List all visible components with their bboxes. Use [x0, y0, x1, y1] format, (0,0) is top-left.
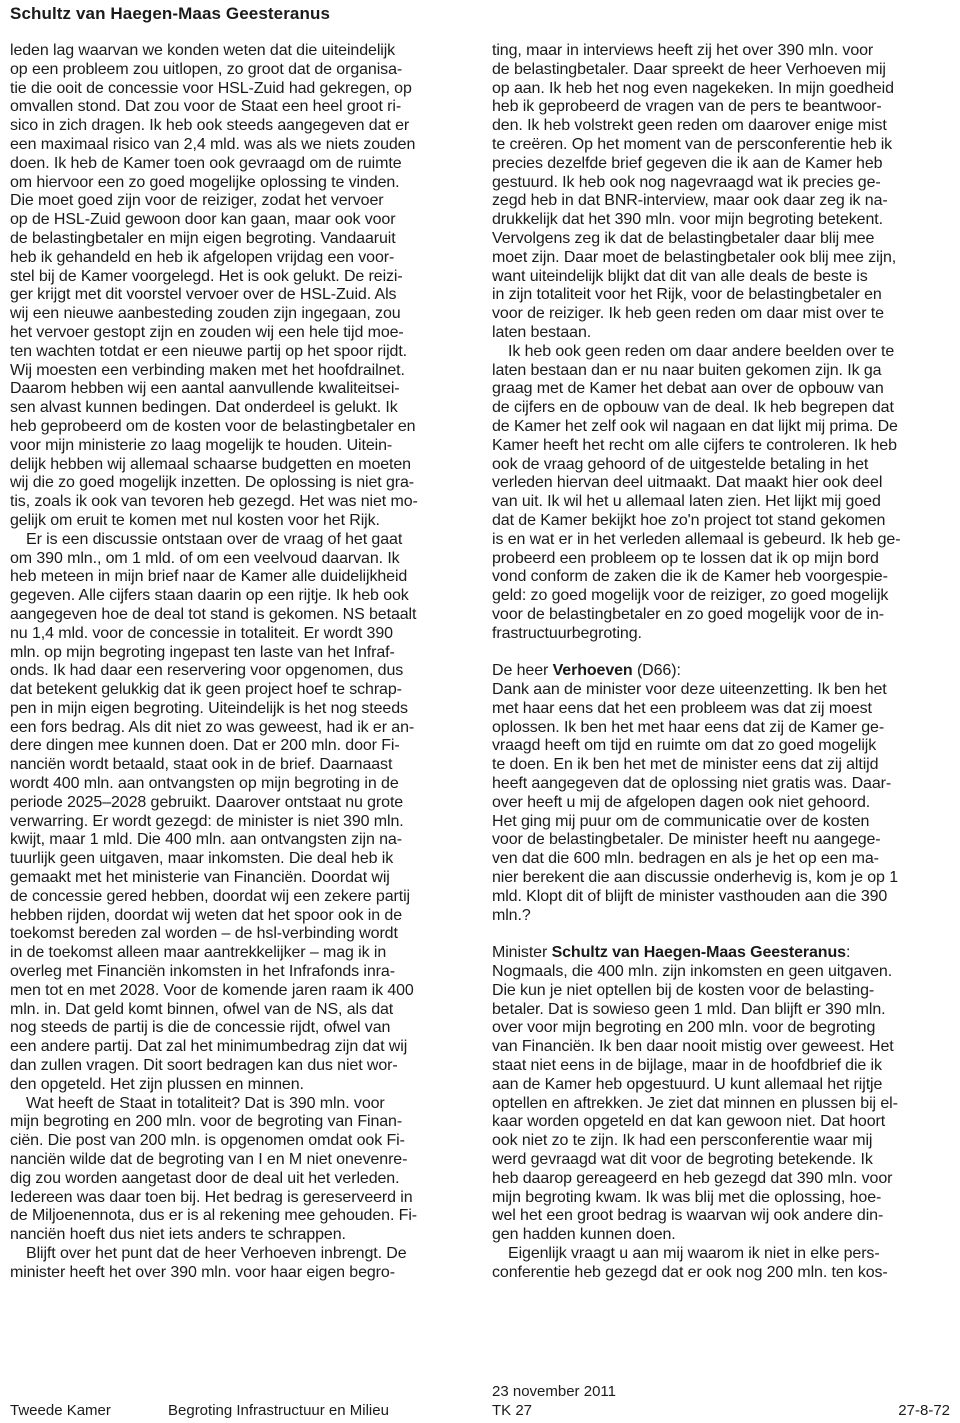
paragraph: Dank aan de minister voor deze uiteenzet…	[492, 681, 954, 925]
paragraph: Wat heeft de Staat in totaliteit? Dat is…	[10, 1095, 478, 1245]
speaker-suffix: :	[846, 944, 850, 961]
paragraph: Eigenlijk vraagt u aan mij waarom ik nie…	[492, 1245, 954, 1283]
footer-document-title: Begroting Infrastructuur en Milieu	[168, 1401, 389, 1420]
paragraph: Er is een discussie ontstaan over de vra…	[10, 531, 478, 1095]
footer-date: 23 november 2011	[492, 1382, 616, 1401]
right-text-column: ting, maar in interviews heeft zij het o…	[492, 42, 954, 1283]
footer-page-ref: 27-8-72	[898, 1401, 950, 1420]
paragraph: Ik heb ook geen reden om daar andere bee…	[492, 343, 954, 644]
paragraph: Nogmaals, die 400 mln. zijn inkomsten en…	[492, 963, 954, 1245]
left-text-column: leden lag waarvan we konden weten dat di…	[10, 42, 478, 1283]
speaker-prefix: De heer	[492, 662, 553, 679]
speaker-name: Schultz van Haegen-Maas Geesteranus	[552, 944, 846, 961]
speaker-name: Verhoeven	[553, 662, 633, 679]
speaker-heading-verhoeven: De heer Verhoeven (D66):	[492, 662, 954, 681]
speaker-prefix: Minister	[492, 944, 552, 961]
document-page: Schultz van Haegen-Maas Geesteranus lede…	[0, 0, 960, 1423]
page-footer: 23 november 2011 Tweede Kamer Begroting …	[0, 1382, 960, 1422]
footer-meeting-ref: TK 27	[492, 1401, 532, 1420]
footer-institution: Tweede Kamer	[10, 1401, 111, 1420]
paragraph: ting, maar in interviews heeft zij het o…	[492, 42, 954, 343]
speaker-heading-minister: Minister Schultz van Haegen-Maas Geester…	[492, 944, 954, 963]
page-header-speaker-title: Schultz van Haegen-Maas Geesteranus	[10, 4, 330, 24]
paragraph: leden lag waarvan we konden weten dat di…	[10, 42, 478, 531]
speaker-suffix: (D66):	[633, 662, 681, 679]
paragraph: Blijft over het punt dat de heer Verhoev…	[10, 1245, 478, 1283]
